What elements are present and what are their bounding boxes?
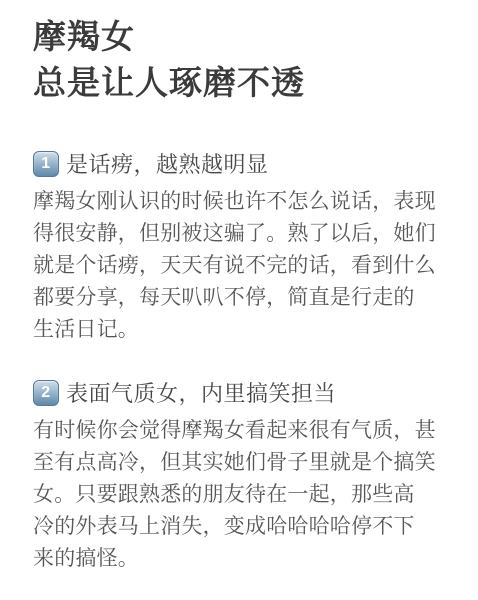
paragraph-line: 得很安静，但别被这骗了。熟了以后，她们 xyxy=(33,218,448,250)
paragraph-line: 都要分享，每天叭叭不停，简直是行走的 xyxy=(33,282,448,314)
paragraph-line: 摩羯女刚认识的时候也许不怎么说话，表现 xyxy=(33,186,448,218)
paragraph-line: 生活日记。 xyxy=(33,314,448,346)
paragraph-line: 有时候你会觉得摩羯女看起来很有气质，甚 xyxy=(33,415,448,447)
title-line-2: 总是让人琢磨不透 xyxy=(33,60,448,106)
paragraph-line: 女。只要跟熟悉的朋友待在一起，那些高 xyxy=(33,479,448,511)
section-chatterbox: 1 是话痨，越熟越明显 摩羯女刚认识的时候也许不怎么说话，表现 得很安静，但别被… xyxy=(33,148,448,346)
keycap-1-icon: 1 xyxy=(33,151,59,177)
section-2-heading-text: 表面气质女，内里搞笑担当 xyxy=(66,377,336,408)
article-card: 摩羯女 总是让人琢磨不透 1 是话痨，越熟越明显 摩羯女刚认识的时候也许不怎么说… xyxy=(0,0,478,600)
paragraph-line: 至有点高冷，但其实她们骨子里就是个搞笑 xyxy=(33,447,448,479)
section-1-paragraph: 摩羯女刚认识的时候也许不怎么说话，表现 得很安静，但别被这骗了。熟了以后，她们 … xyxy=(33,186,448,346)
section-1-heading-text: 是话痨，越熟越明显 xyxy=(66,148,269,179)
paragraph-line: 来的搞怪。 xyxy=(33,543,448,575)
keycap-2-icon: 2 xyxy=(33,380,59,406)
title-line-1: 摩羯女 xyxy=(33,14,448,60)
paragraph-line: 就是个话痨，天天有说不完的话，看到什么 xyxy=(33,250,448,282)
page-title: 摩羯女 总是让人琢磨不透 xyxy=(33,14,448,106)
section-2-paragraph: 有时候你会觉得摩羯女看起来很有气质，甚 至有点高冷，但其实她们骨子里就是个搞笑 … xyxy=(33,415,448,575)
section-funny-inside: 2 表面气质女，内里搞笑担当 有时候你会觉得摩羯女看起来很有气质，甚 至有点高冷… xyxy=(33,377,448,575)
paragraph-line: 冷的外表马上消失，变成哈哈哈哈停不下 xyxy=(33,511,448,543)
section-1-heading: 1 是话痨，越熟越明显 xyxy=(33,148,448,179)
section-2-heading: 2 表面气质女，内里搞笑担当 xyxy=(33,377,448,408)
